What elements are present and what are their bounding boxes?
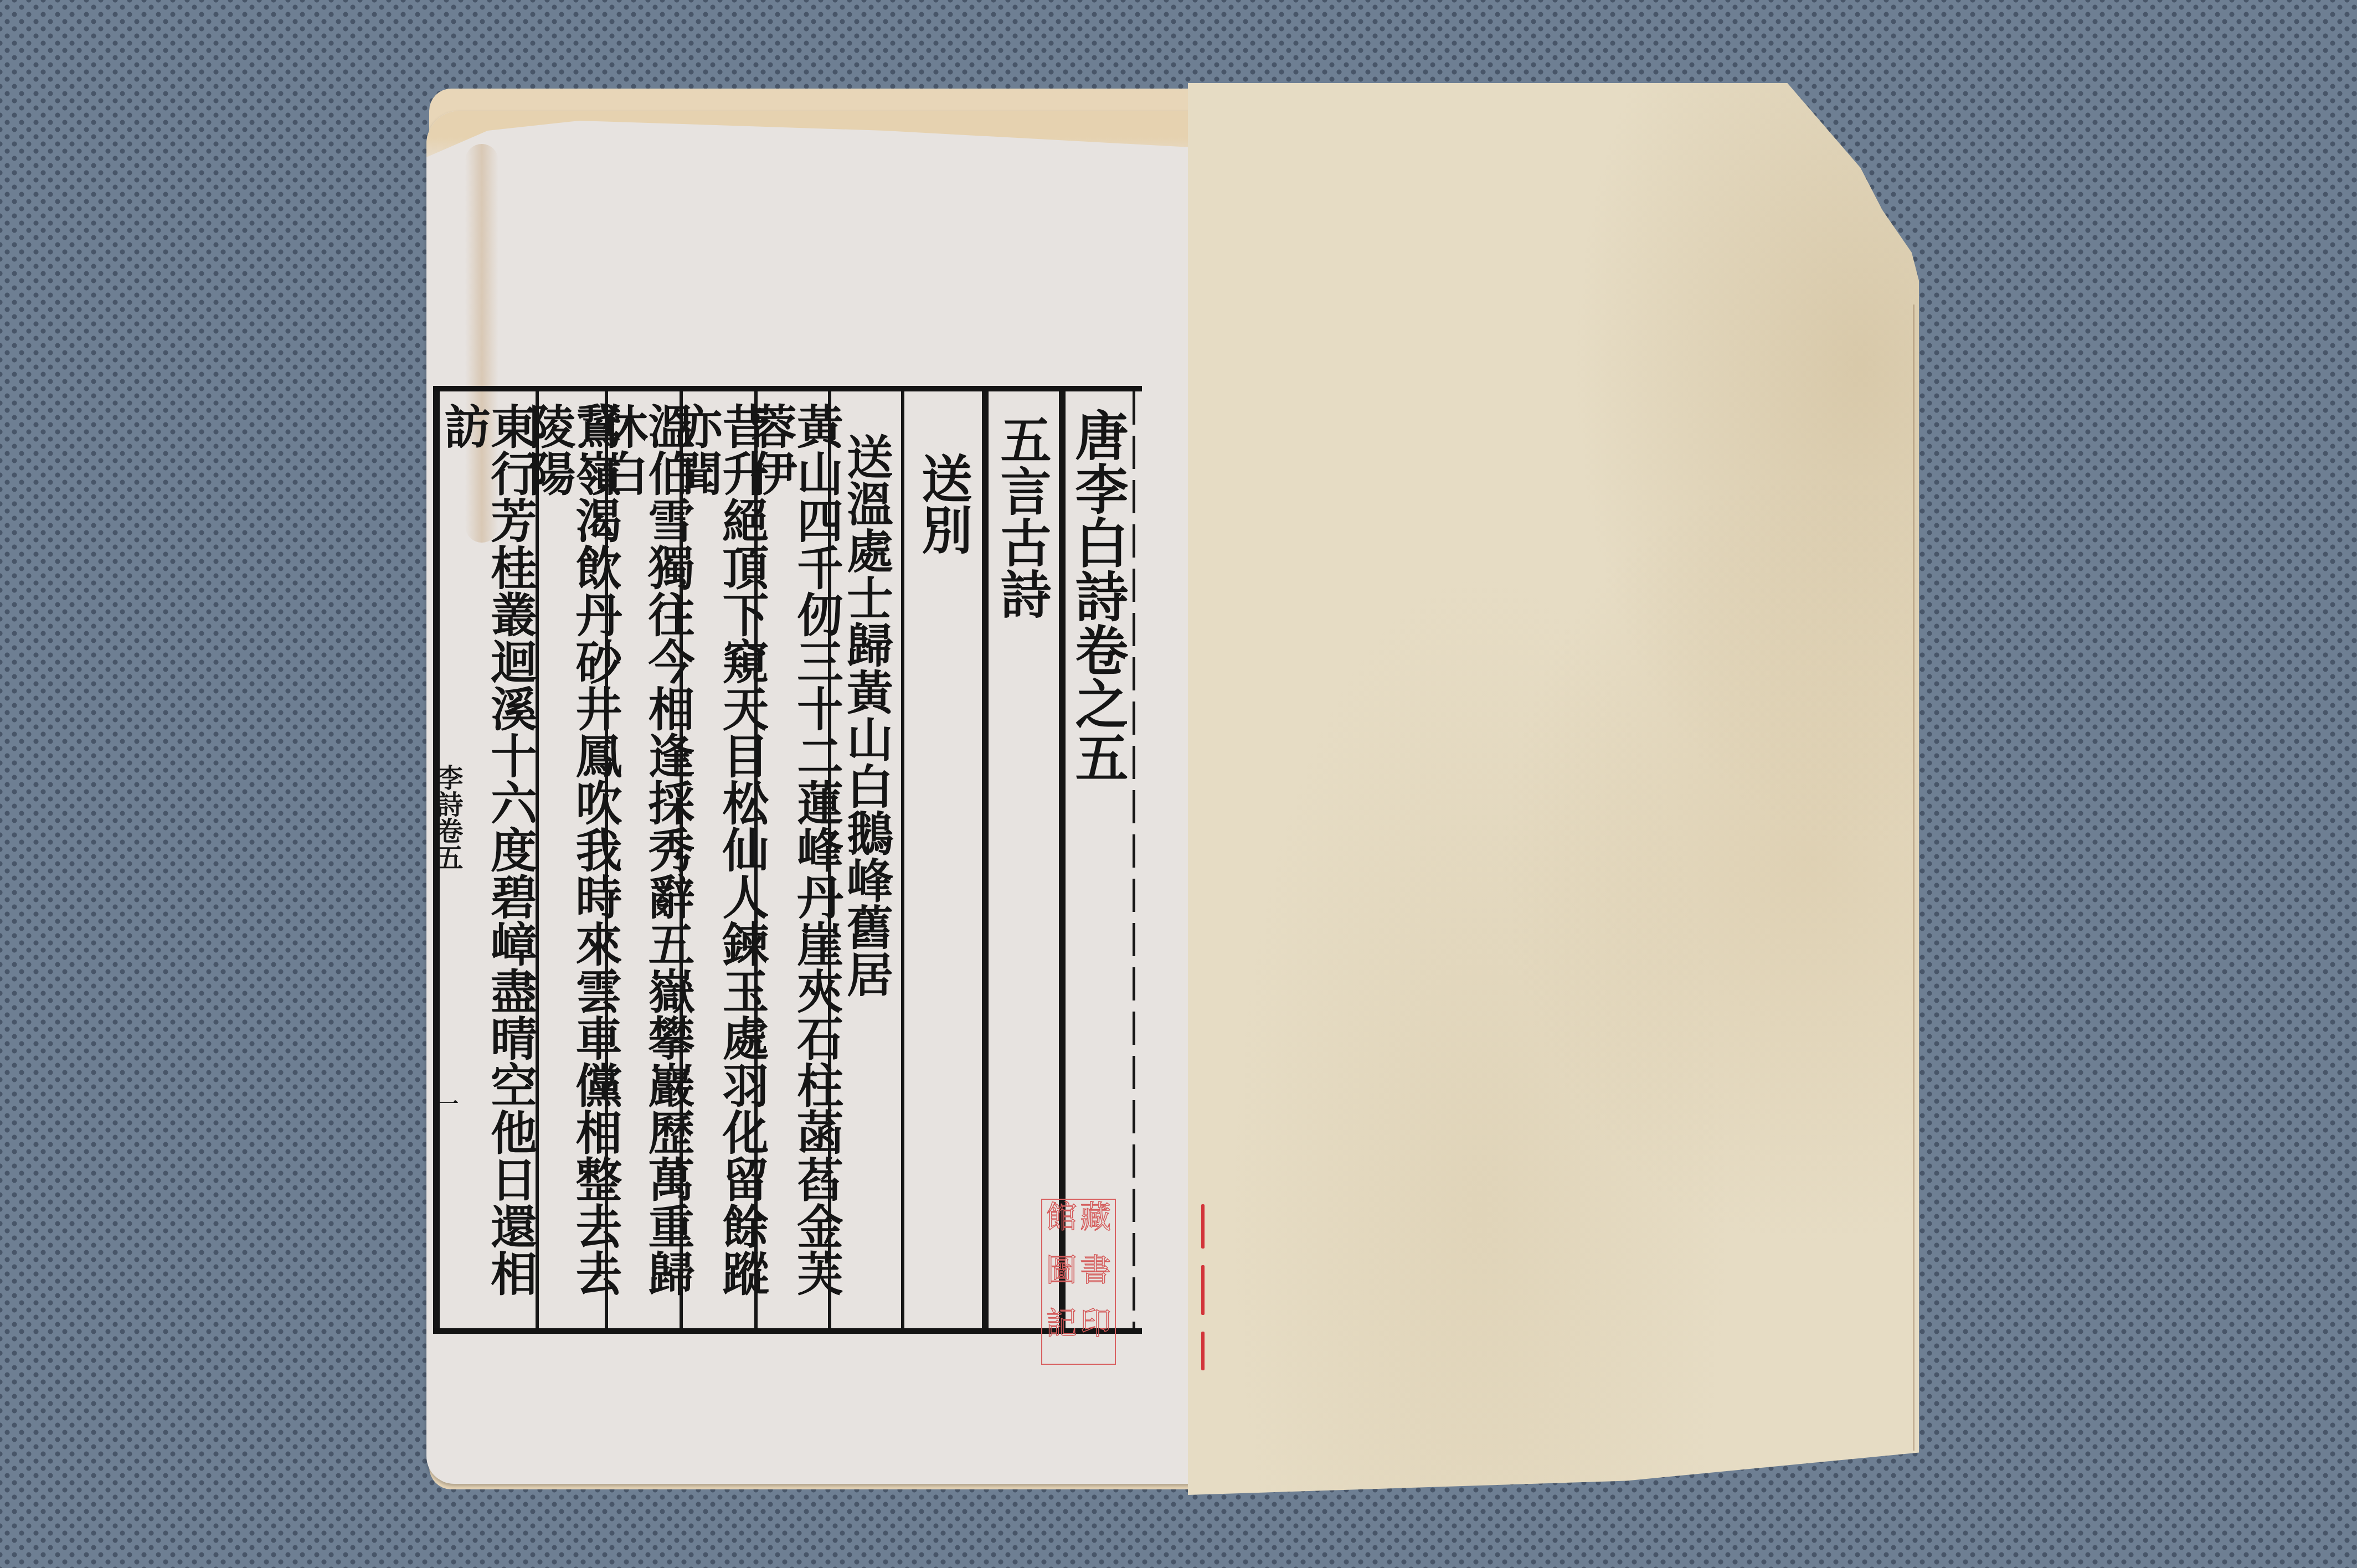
seal-char: 藏 xyxy=(1079,1202,1113,1255)
seal-fragment xyxy=(1201,1204,1207,1370)
category-column: 送別 xyxy=(907,391,979,1328)
poem-line: 東行芳桂叢迴溪十六度碧嶂盡晴空他日還相訪 xyxy=(441,403,534,1328)
seal-char: 書 xyxy=(1079,1255,1113,1308)
torn-top-edge xyxy=(426,111,1191,177)
left-page: 李詩卷五 一 唐李白詩卷之五 五言古詩 送別 送 xyxy=(426,111,1191,1484)
section-column: 五言古詩 xyxy=(987,391,1056,1328)
collector-seal: 館 藏 圖 書 記 印 xyxy=(1041,1199,1116,1365)
right-page-blank-cover xyxy=(1188,83,1919,1495)
photo-scene: 李詩卷五 一 唐李白詩卷之五 五言古詩 送別 送 xyxy=(0,0,2357,1568)
title-column: 唐李白詩卷之五 xyxy=(1064,391,1131,1328)
page-edge-line xyxy=(1913,305,1915,1451)
seal-char: 圖 xyxy=(1044,1255,1079,1308)
section-heading: 五言古詩 xyxy=(996,414,1047,620)
poem-line: 鵞嶺渴飲丹砂井鳳吹我時來雲車儻相整去去陵陽 xyxy=(526,403,619,1328)
book-title: 唐李白詩卷之五 xyxy=(1071,408,1124,784)
seal-char: 印 xyxy=(1079,1308,1113,1361)
seal-char: 記 xyxy=(1044,1308,1079,1361)
poem-line-column: 東行芳桂叢迴溪十六度碧嶂盡晴空他日還相訪 xyxy=(439,391,536,1328)
poem-line-column: 鵞嶺渴飲丹砂井鳳吹我時來雲車儻相整去去陵陽 xyxy=(538,391,606,1328)
frame-right-rule xyxy=(1133,391,1135,1328)
category-heading: 送別 xyxy=(917,452,968,555)
seal-char: 館 xyxy=(1044,1202,1079,1255)
printed-frame: 唐李白詩卷之五 五言古詩 送別 送溫處士歸黃山白鵝峰舊居 黃山四千仞三十二蓮峰丹… xyxy=(433,386,1142,1334)
column-rule xyxy=(901,391,904,1328)
poem-title: 送溫處士歸黃山白鵝峰舊居 xyxy=(843,433,890,998)
